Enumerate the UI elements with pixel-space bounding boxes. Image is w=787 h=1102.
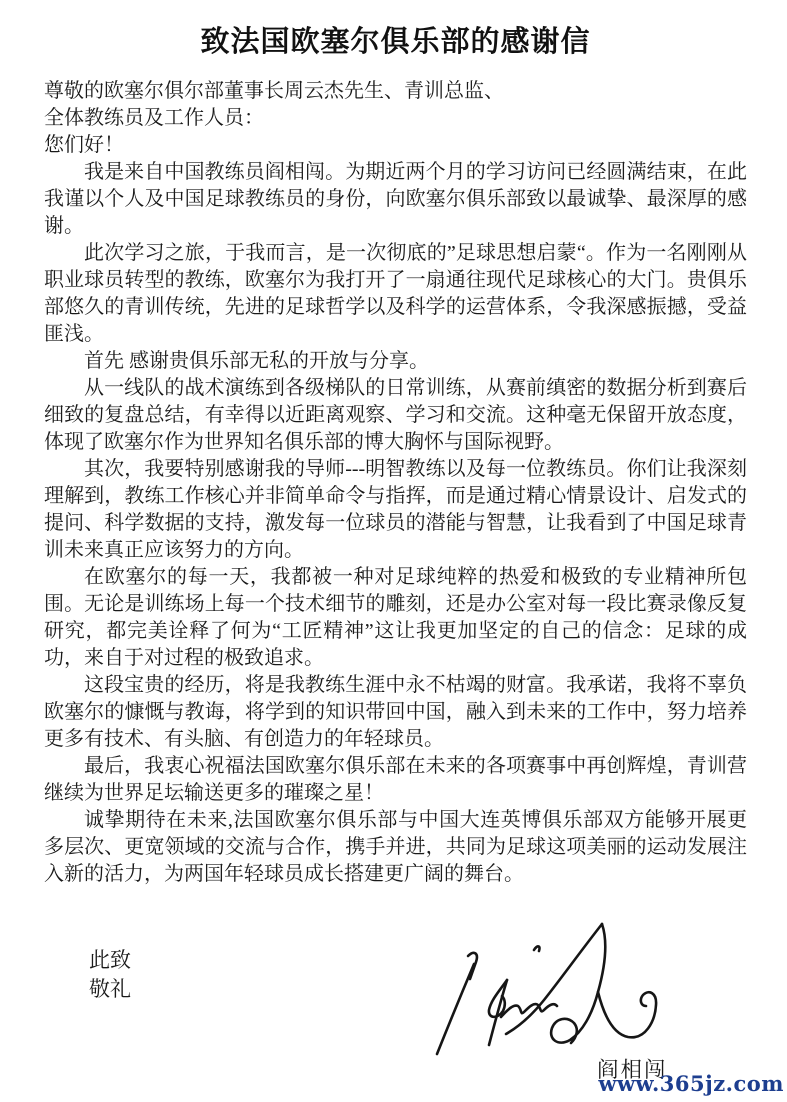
body-paragraph: 首先 感谢贵俱乐部无私的开放与分享。 — [44, 348, 747, 375]
salutation-line-2: 全体教练员及工作人员： — [44, 105, 747, 132]
signature-stroke — [534, 946, 540, 951]
letter-content: 致法国欧塞尔俱乐部的感谢信 尊敬的欧塞尔俱尔部董事长周云杰先生、青训总监、 全体… — [0, 0, 787, 888]
closing-block: 此致 敬礼 — [89, 946, 131, 1004]
letter-body: 尊敬的欧塞尔俱尔部董事长周云杰先生、青训总监、 全体教练员及工作人员： 您们好！… — [44, 78, 747, 888]
closing-cizhi: 此致 — [89, 946, 131, 975]
site-watermark: www.365jz.com — [598, 1071, 784, 1096]
letter-title: 致法国欧塞尔俱乐部的感谢信 — [44, 22, 747, 62]
salutation-line-1: 尊敬的欧塞尔俱尔部董事长周云杰先生、青训总监、 — [44, 78, 747, 105]
body-paragraph: 诚挚期待在未来,法国欧塞尔俱乐部与中国大连英博俱乐部双方能够开展更多层次、更宽领… — [44, 807, 747, 888]
body-paragraph: 从一线队的战术演练到各级梯队的日常训练，从赛前缜密的数据分析到赛后细致的复盘总结… — [44, 375, 747, 456]
body-paragraph: 我是来自中国教练员阎相闯。为期近两个月的学习访问已经圆满结束，在此我谨以个人及中… — [44, 159, 747, 240]
signature-stroke — [437, 964, 474, 1054]
signature-stroke — [598, 992, 656, 1037]
letter-page: 致法国欧塞尔俱乐部的感谢信 尊敬的欧塞尔俱尔部董事长周云杰先生、青训总监、 全体… — [0, 0, 787, 1102]
closing-jingli: 敬礼 — [89, 975, 131, 1004]
body-paragraph: 其次，我要特别感谢我的导师---明智教练以及每一位教练员。你们让我深刻理解到，教… — [44, 456, 747, 564]
body-paragraph: 这段宝贵的经历，将是我教练生涯中永不枯竭的财富。我承诺，我将不辜负欧塞尔的慷慨与… — [44, 672, 747, 753]
signature-stroke — [551, 924, 605, 1043]
handwritten-signature — [408, 912, 668, 1062]
body-paragraph: 在欧塞尔的每一天，我都被一种对足球纯粹的热爱和极致的专业精神所包围。无论是训练场… — [44, 564, 747, 672]
body-paragraph: 此次学习之旅，于我而言，是一次彻底的”足球思想启蒙“。作为一名刚刚从职业球员转型… — [44, 240, 747, 348]
body-paragraph: 最后，我衷心祝福法国欧塞尔俱乐部在未来的各项赛事中再创辉煌，青训营继续为世界足坛… — [44, 753, 747, 807]
salutation-line-3: 您们好！ — [44, 132, 747, 159]
